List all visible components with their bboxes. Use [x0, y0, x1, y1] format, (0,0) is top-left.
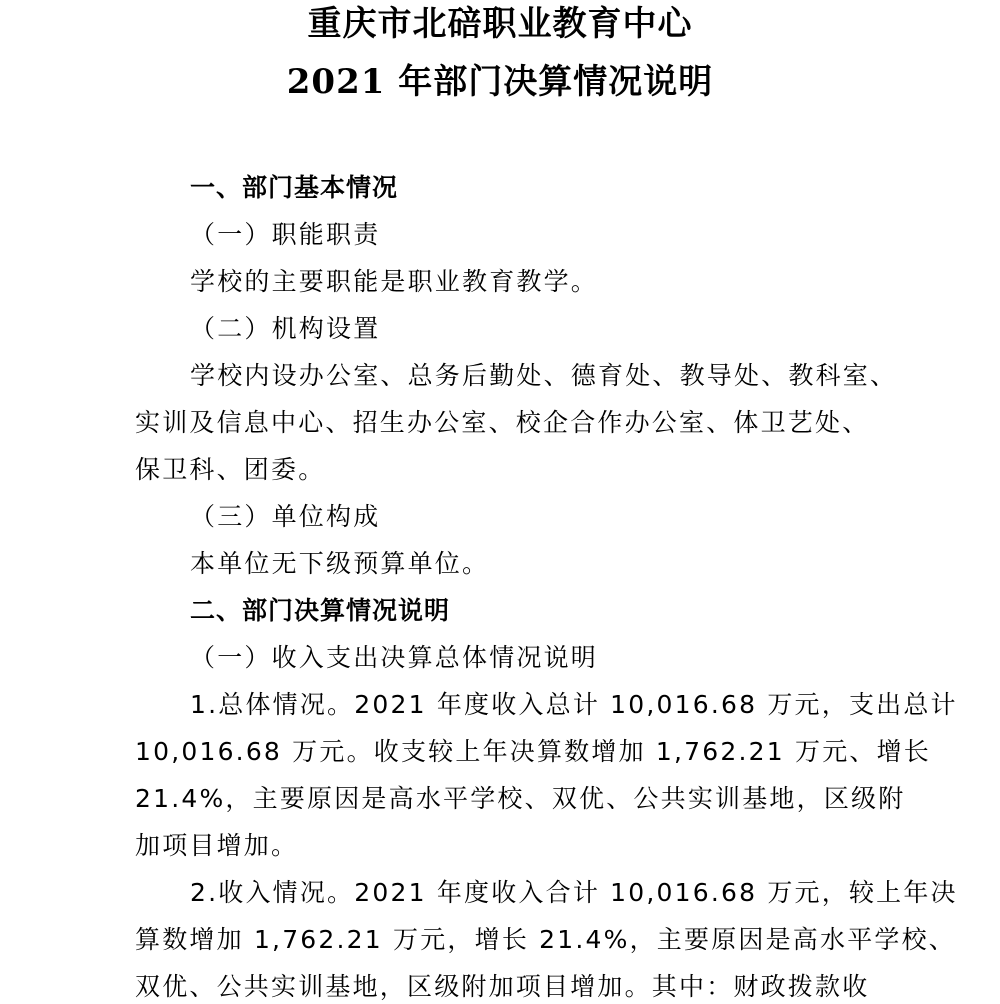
paragraph-units: 本单位无下级预算单位。	[190, 548, 950, 580]
paragraph-overall-line2: 10,016.68 万元。收支较上年决算数增加 1,762.21 万元、增长	[135, 736, 895, 768]
subsection-heading-units: （三）单位构成	[190, 501, 950, 533]
subsection-heading-organization: （二）机构设置	[190, 313, 950, 345]
section-heading-2: 二、部门决算情况说明	[190, 595, 950, 627]
section-heading-1: 一、部门基本情况	[190, 172, 950, 204]
subsection-heading-overall: （一）收入支出决算总体情况说明	[190, 642, 950, 674]
paragraph-income-line1: 2.收入情况。2021 年度收入合计 10,016.68 万元，较上年决	[190, 877, 950, 909]
document-title-line2: 2021 年部门决算情况说明	[0, 62, 1000, 102]
paragraph-overall-line3: 21.4%，主要原因是高水平学校、双优、公共实训基地，区级附	[135, 783, 895, 815]
paragraph-duties: 学校的主要职能是职业教育教学。	[190, 266, 950, 298]
paragraph-organization-line3: 保卫科、团委。	[135, 454, 895, 486]
paragraph-organization-line1: 学校内设办公室、总务后勤处、德育处、教导处、教科室、	[190, 360, 950, 392]
subsection-heading-duties: （一）职能职责	[190, 219, 950, 251]
paragraph-income-line3: 双优、公共实训基地，区级附加项目增加。其中：财政拨款收	[135, 971, 895, 1003]
paragraph-organization-line2: 实训及信息中心、招生办公室、校企合作办公室、体卫艺处、	[135, 407, 895, 439]
paragraph-income-line2: 算数增加 1,762.21 万元，增长 21.4%，主要原因是高水平学校、	[135, 924, 895, 956]
paragraph-overall-line1: 1.总体情况。2021 年度收入总计 10,016.68 万元，支出总计	[190, 689, 950, 721]
paragraph-overall-line4: 加项目增加。	[135, 830, 895, 862]
document-title-line1: 重庆市北碚职业教育中心	[0, 4, 1000, 44]
